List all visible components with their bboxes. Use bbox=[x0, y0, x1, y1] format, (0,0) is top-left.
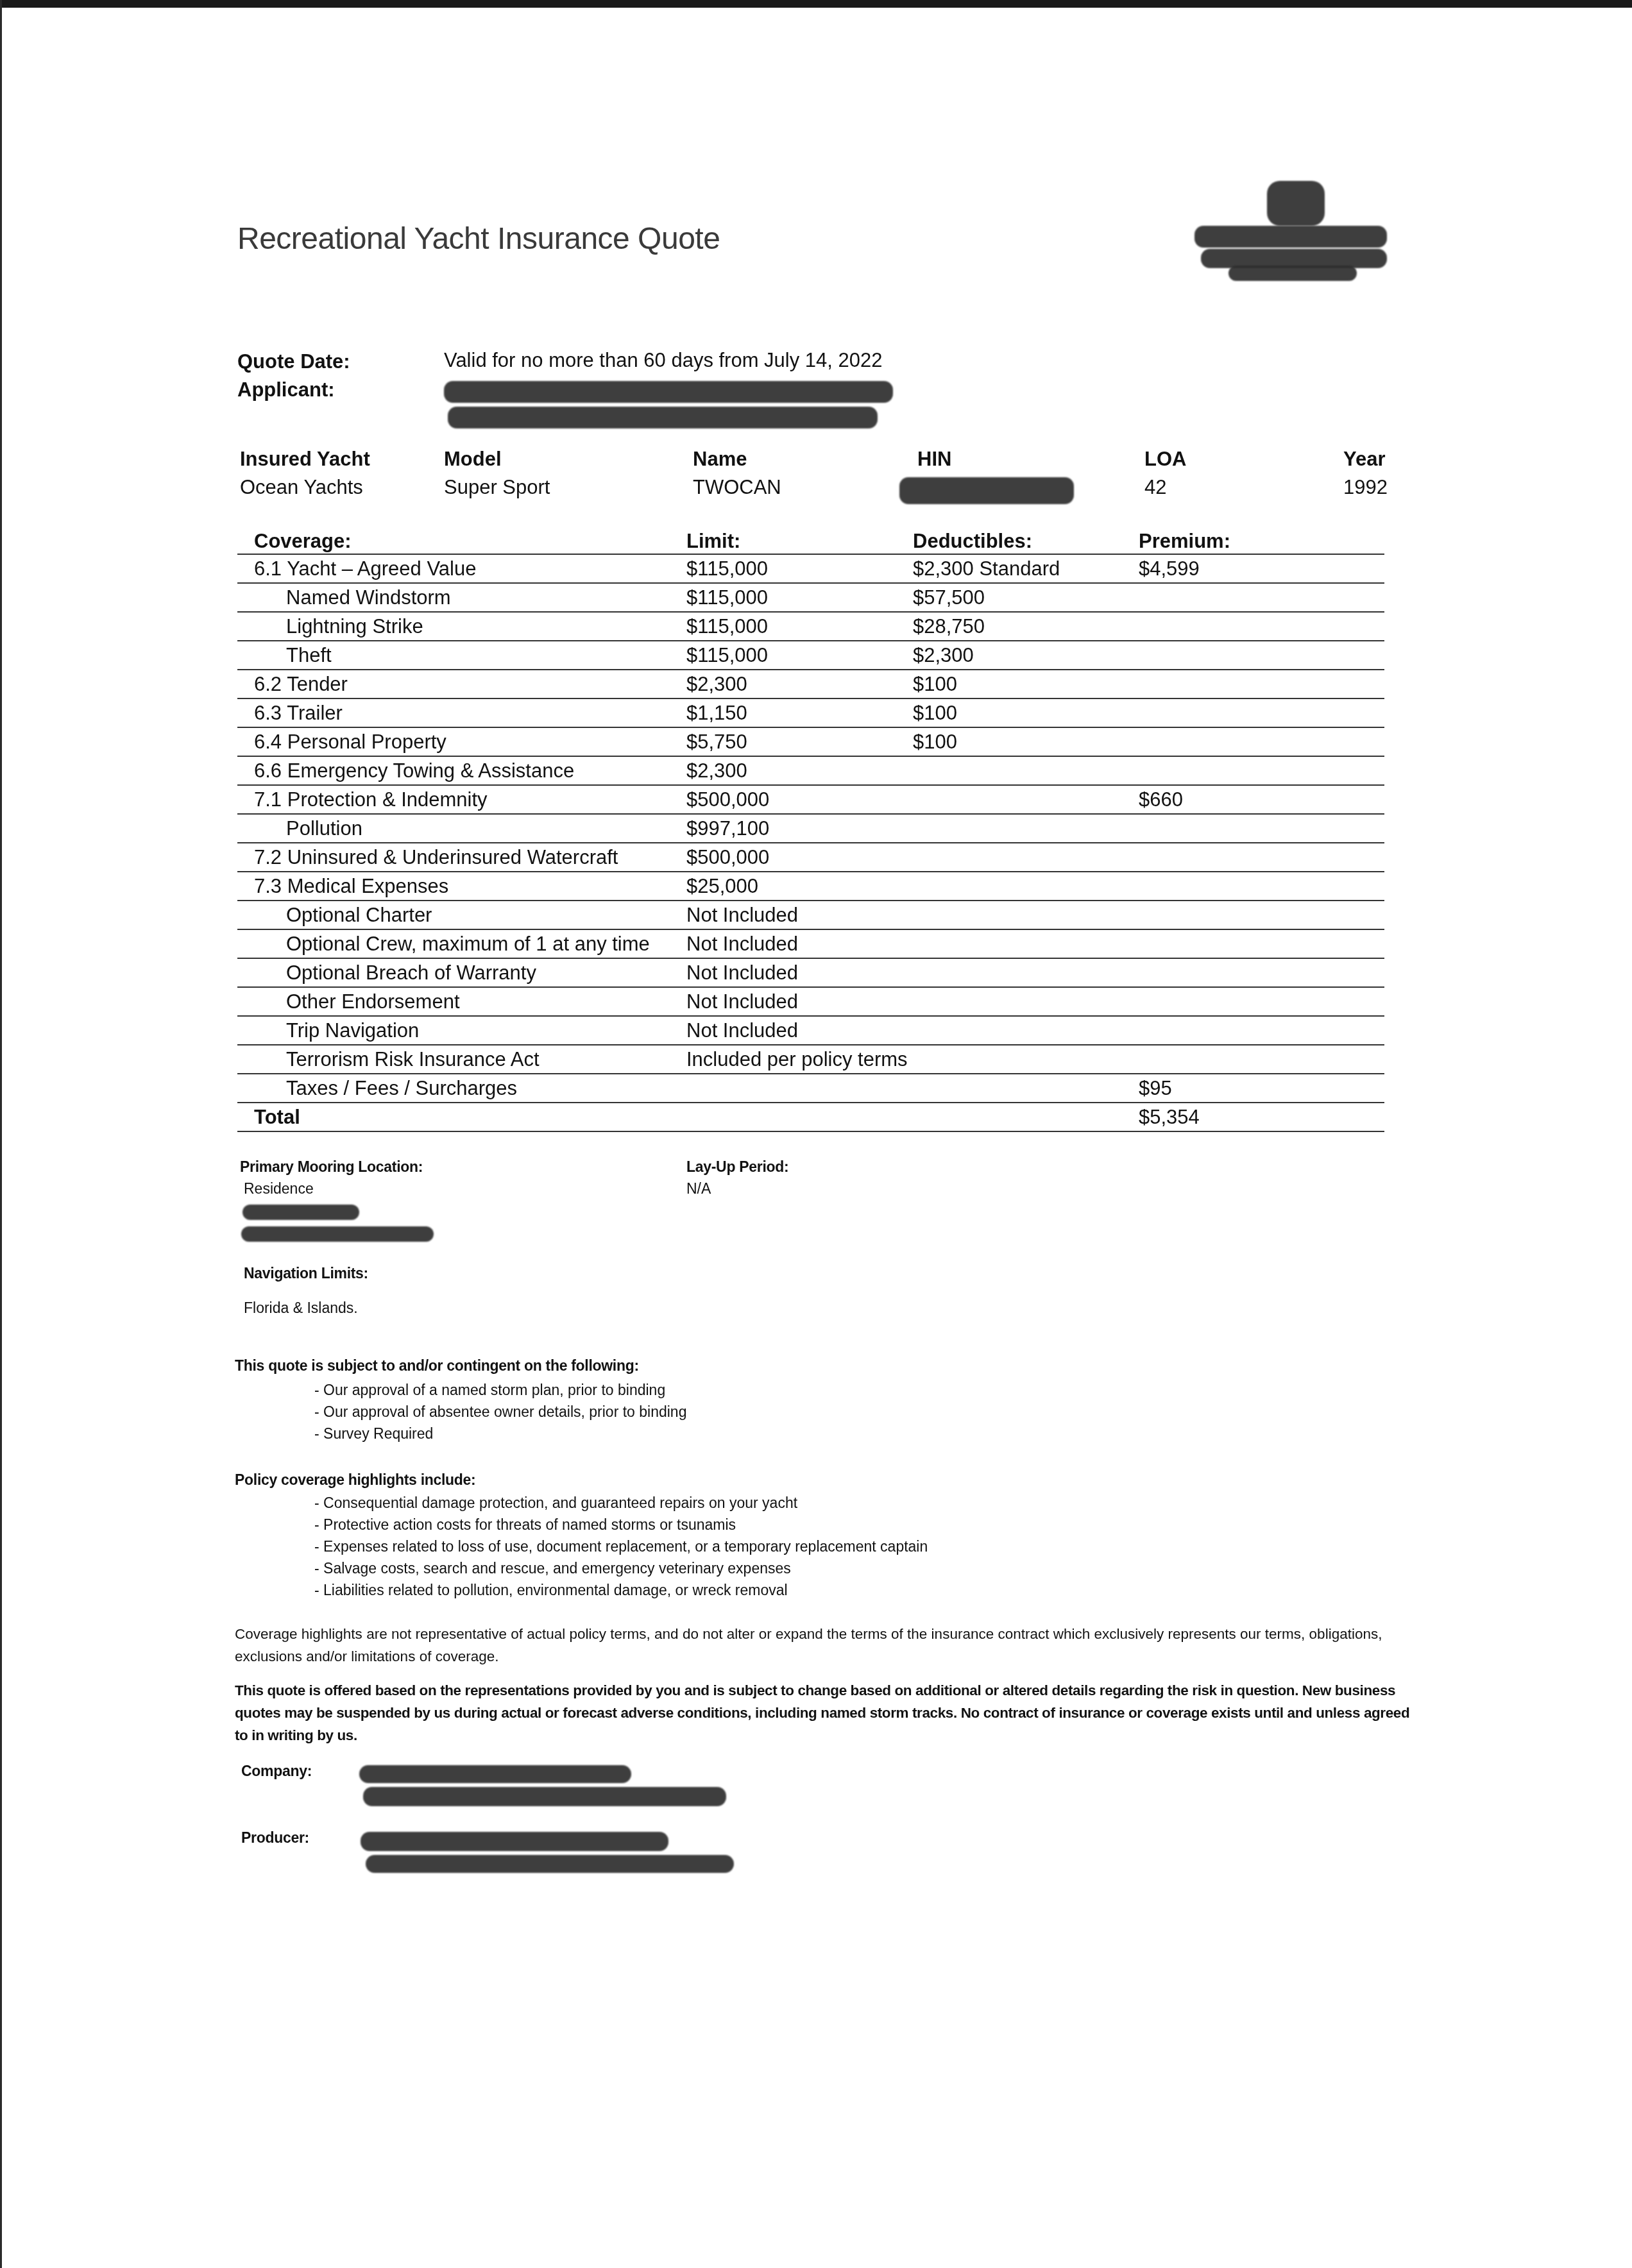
coverage-limit: Not Included bbox=[686, 961, 798, 985]
redacted-company-name bbox=[359, 1765, 631, 1783]
coverage-limit: Included per policy terms bbox=[686, 1048, 908, 1071]
coverage-name: 6.1 Yacht – Agreed Value bbox=[254, 557, 476, 580]
coverage-limit: $500,000 bbox=[686, 846, 769, 869]
contingency-item: - Survey Required bbox=[314, 1423, 686, 1444]
scan-border-top bbox=[0, 0, 1632, 8]
yacht-make: Ocean Yachts bbox=[240, 476, 363, 499]
coverage-name: 7.1 Protection & Indemnity bbox=[254, 788, 488, 811]
total-label: Total bbox=[254, 1106, 300, 1129]
highlight-item: - Salvage costs, search and rescue, and … bbox=[314, 1557, 928, 1579]
coverage-rows: 6.1 Yacht – Agreed Value$115,000$2,300 S… bbox=[237, 555, 1384, 1103]
coverage-row: 7.3 Medical Expenses$25,000 bbox=[237, 872, 1384, 901]
coverage-name: Taxes / Fees / Surcharges bbox=[286, 1077, 517, 1100]
layup-value: N/A bbox=[686, 1180, 711, 1197]
coverage-row: Theft$115,000$2,300 bbox=[237, 641, 1384, 670]
coverage-limit: $997,100 bbox=[686, 817, 769, 840]
mooring-label: Primary Mooring Location: bbox=[240, 1158, 423, 1176]
highlight-item: - Liabilities related to pollution, envi… bbox=[314, 1579, 928, 1601]
coverage-limit: $115,000 bbox=[686, 586, 768, 609]
contingencies-heading: This quote is subject to and/or continge… bbox=[235, 1357, 639, 1375]
page-title: Recreational Yacht Insurance Quote bbox=[237, 221, 720, 257]
highlight-item: - Protective action costs for threats of… bbox=[314, 1514, 928, 1536]
yacht-model: Super Sport bbox=[444, 476, 550, 499]
coverage-limit: Not Included bbox=[686, 933, 798, 956]
highlight-item: - Expenses related to loss of use, docum… bbox=[314, 1536, 928, 1557]
coverage-row: 6.2 Tender$2,300$100 bbox=[237, 670, 1384, 699]
coverage-row: 6.3 Trailer$1,150$100 bbox=[237, 699, 1384, 728]
redacted-mooring-line-1 bbox=[242, 1205, 359, 1220]
coverage-row: Lightning Strike$115,000$28,750 bbox=[237, 613, 1384, 641]
yacht-header-name: Name bbox=[693, 448, 747, 471]
redacted-applicant-name bbox=[444, 381, 893, 403]
redacted-company-address bbox=[363, 1787, 726, 1806]
coverage-row: 6.1 Yacht – Agreed Value$115,000$2,300 S… bbox=[237, 555, 1384, 584]
highlight-item: - Consequential damage protection, and g… bbox=[314, 1492, 928, 1514]
coverage-limit: $500,000 bbox=[686, 788, 769, 811]
coverage-row: Other EndorsementNot Included bbox=[237, 988, 1384, 1017]
coverage-limit: $5,750 bbox=[686, 731, 747, 754]
coverage-row: 7.1 Protection & Indemnity$500,000$660 bbox=[237, 786, 1384, 815]
header-deductibles: Deductibles: bbox=[913, 530, 1032, 553]
scan-border-left bbox=[0, 0, 2, 2268]
coverage-limit: Not Included bbox=[686, 990, 798, 1013]
yacht-header-hin: HIN bbox=[917, 448, 951, 471]
coverage-premium: $660 bbox=[1139, 788, 1183, 811]
coverage-name: Lightning Strike bbox=[286, 615, 423, 638]
yacht-header-insured-yacht: Insured Yacht bbox=[240, 448, 370, 471]
coverage-limit: $115,000 bbox=[686, 644, 768, 667]
coverage-row: Optional Breach of WarrantyNot Included bbox=[237, 959, 1384, 988]
highlights-list: - Consequential damage protection, and g… bbox=[314, 1492, 928, 1601]
coverage-premium: $4,599 bbox=[1139, 557, 1200, 580]
coverage-name: Terrorism Risk Insurance Act bbox=[286, 1048, 540, 1071]
coverage-row: Trip NavigationNot Included bbox=[237, 1017, 1384, 1045]
coverage-name: 6.3 Trailer bbox=[254, 702, 343, 725]
redacted-hin bbox=[899, 477, 1074, 504]
header-coverage: Coverage: bbox=[254, 530, 352, 553]
applicant-label: Applicant: bbox=[237, 378, 335, 402]
coverage-row: 7.2 Uninsured & Underinsured Watercraft$… bbox=[237, 843, 1384, 872]
coverage-row: Terrorism Risk Insurance ActIncluded per… bbox=[237, 1045, 1384, 1074]
company-label: Company: bbox=[241, 1763, 312, 1780]
coverage-name: 6.6 Emergency Towing & Assistance bbox=[254, 759, 574, 783]
coverage-limit: $1,150 bbox=[686, 702, 747, 725]
contingencies-list: - Our approval of a named storm plan, pr… bbox=[314, 1379, 686, 1444]
coverage-name: Optional Crew, maximum of 1 at any time bbox=[286, 933, 650, 956]
redacted-producer-address bbox=[366, 1855, 734, 1873]
coverage-row: Named Windstorm$115,000$57,500 bbox=[237, 584, 1384, 613]
coverage-premium: $95 bbox=[1139, 1077, 1172, 1100]
quote-date-value: Valid for no more than 60 days from July… bbox=[444, 349, 883, 372]
contingency-item: - Our approval of absentee owner details… bbox=[314, 1401, 686, 1423]
yacht-header-year: Year bbox=[1343, 448, 1386, 471]
coverage-limit: $115,000 bbox=[686, 615, 768, 638]
coverage-name: Optional Charter bbox=[286, 904, 432, 927]
coverage-deductible: $28,750 bbox=[913, 615, 985, 638]
coverage-total-row: Total $5,354 bbox=[237, 1103, 1384, 1132]
navigation-limits-label: Navigation Limits: bbox=[244, 1265, 368, 1282]
total-premium: $5,354 bbox=[1139, 1106, 1200, 1129]
yacht-header-model: Model bbox=[444, 448, 502, 471]
coverage-row: Taxes / Fees / Surcharges$95 bbox=[237, 1074, 1384, 1103]
coverage-name: 7.3 Medical Expenses bbox=[254, 875, 448, 898]
coverage-limit: $2,300 bbox=[686, 759, 747, 783]
yacht-name: TWOCAN bbox=[693, 476, 781, 499]
header-premium: Premium: bbox=[1139, 530, 1230, 553]
coverage-limit: $115,000 bbox=[686, 557, 768, 580]
header-limit: Limit: bbox=[686, 530, 740, 553]
coverage-row: 6.6 Emergency Towing & Assistance$2,300 bbox=[237, 757, 1384, 786]
coverage-name: Trip Navigation bbox=[286, 1019, 419, 1042]
redacted-applicant-address bbox=[448, 407, 878, 428]
coverage-deductible: $57,500 bbox=[913, 586, 985, 609]
coverage-limit: Not Included bbox=[686, 904, 798, 927]
representation-notice: This quote is offered based on the repre… bbox=[235, 1679, 1415, 1747]
coverage-row: Optional Crew, maximum of 1 at any timeN… bbox=[237, 930, 1384, 959]
layup-label: Lay-Up Period: bbox=[686, 1158, 788, 1176]
navigation-limits-value: Florida & Islands. bbox=[244, 1299, 358, 1317]
mooring-value: Residence bbox=[244, 1180, 314, 1197]
coverage-deductible: $100 bbox=[913, 673, 957, 696]
coverage-deductible: $100 bbox=[913, 731, 957, 754]
yacht-loa: 42 bbox=[1144, 476, 1166, 499]
coverage-name: Other Endorsement bbox=[286, 990, 460, 1013]
redacted-mooring-line-2 bbox=[241, 1226, 434, 1242]
disclaimer-text: Coverage highlights are not representati… bbox=[235, 1623, 1415, 1668]
coverage-row: Optional CharterNot Included bbox=[237, 901, 1384, 930]
yacht-header-loa: LOA bbox=[1144, 448, 1186, 471]
coverage-table-header: Coverage: Limit: Deductibles: Premium: bbox=[237, 527, 1384, 555]
contingency-item: - Our approval of a named storm plan, pr… bbox=[314, 1379, 686, 1401]
coverage-limit: Not Included bbox=[686, 1019, 798, 1042]
coverage-name: Theft bbox=[286, 644, 332, 667]
coverage-name: 6.2 Tender bbox=[254, 673, 348, 696]
coverage-name: 6.4 Personal Property bbox=[254, 731, 446, 754]
producer-label: Producer: bbox=[241, 1829, 309, 1847]
coverage-deductible: $2,300 bbox=[913, 644, 974, 667]
coverage-table: Coverage: Limit: Deductibles: Premium: 6… bbox=[237, 527, 1384, 1132]
coverage-limit: $25,000 bbox=[686, 875, 758, 898]
quote-date-label: Quote Date: bbox=[237, 350, 350, 373]
coverage-deductible: $100 bbox=[913, 702, 957, 725]
coverage-name: 7.2 Uninsured & Underinsured Watercraft bbox=[254, 846, 618, 869]
coverage-name: Named Windstorm bbox=[286, 586, 451, 609]
yacht-year: 1992 bbox=[1343, 476, 1388, 499]
coverage-deductible: $2,300 Standard bbox=[913, 557, 1060, 580]
highlights-heading: Policy coverage highlights include: bbox=[235, 1471, 475, 1489]
coverage-row: Pollution$997,100 bbox=[237, 815, 1384, 843]
redacted-producer-name bbox=[361, 1832, 668, 1851]
coverage-limit: $2,300 bbox=[686, 673, 747, 696]
coverage-name: Optional Breach of Warranty bbox=[286, 961, 536, 985]
coverage-name: Pollution bbox=[286, 817, 362, 840]
coverage-row: 6.4 Personal Property$5,750$100 bbox=[237, 728, 1384, 757]
